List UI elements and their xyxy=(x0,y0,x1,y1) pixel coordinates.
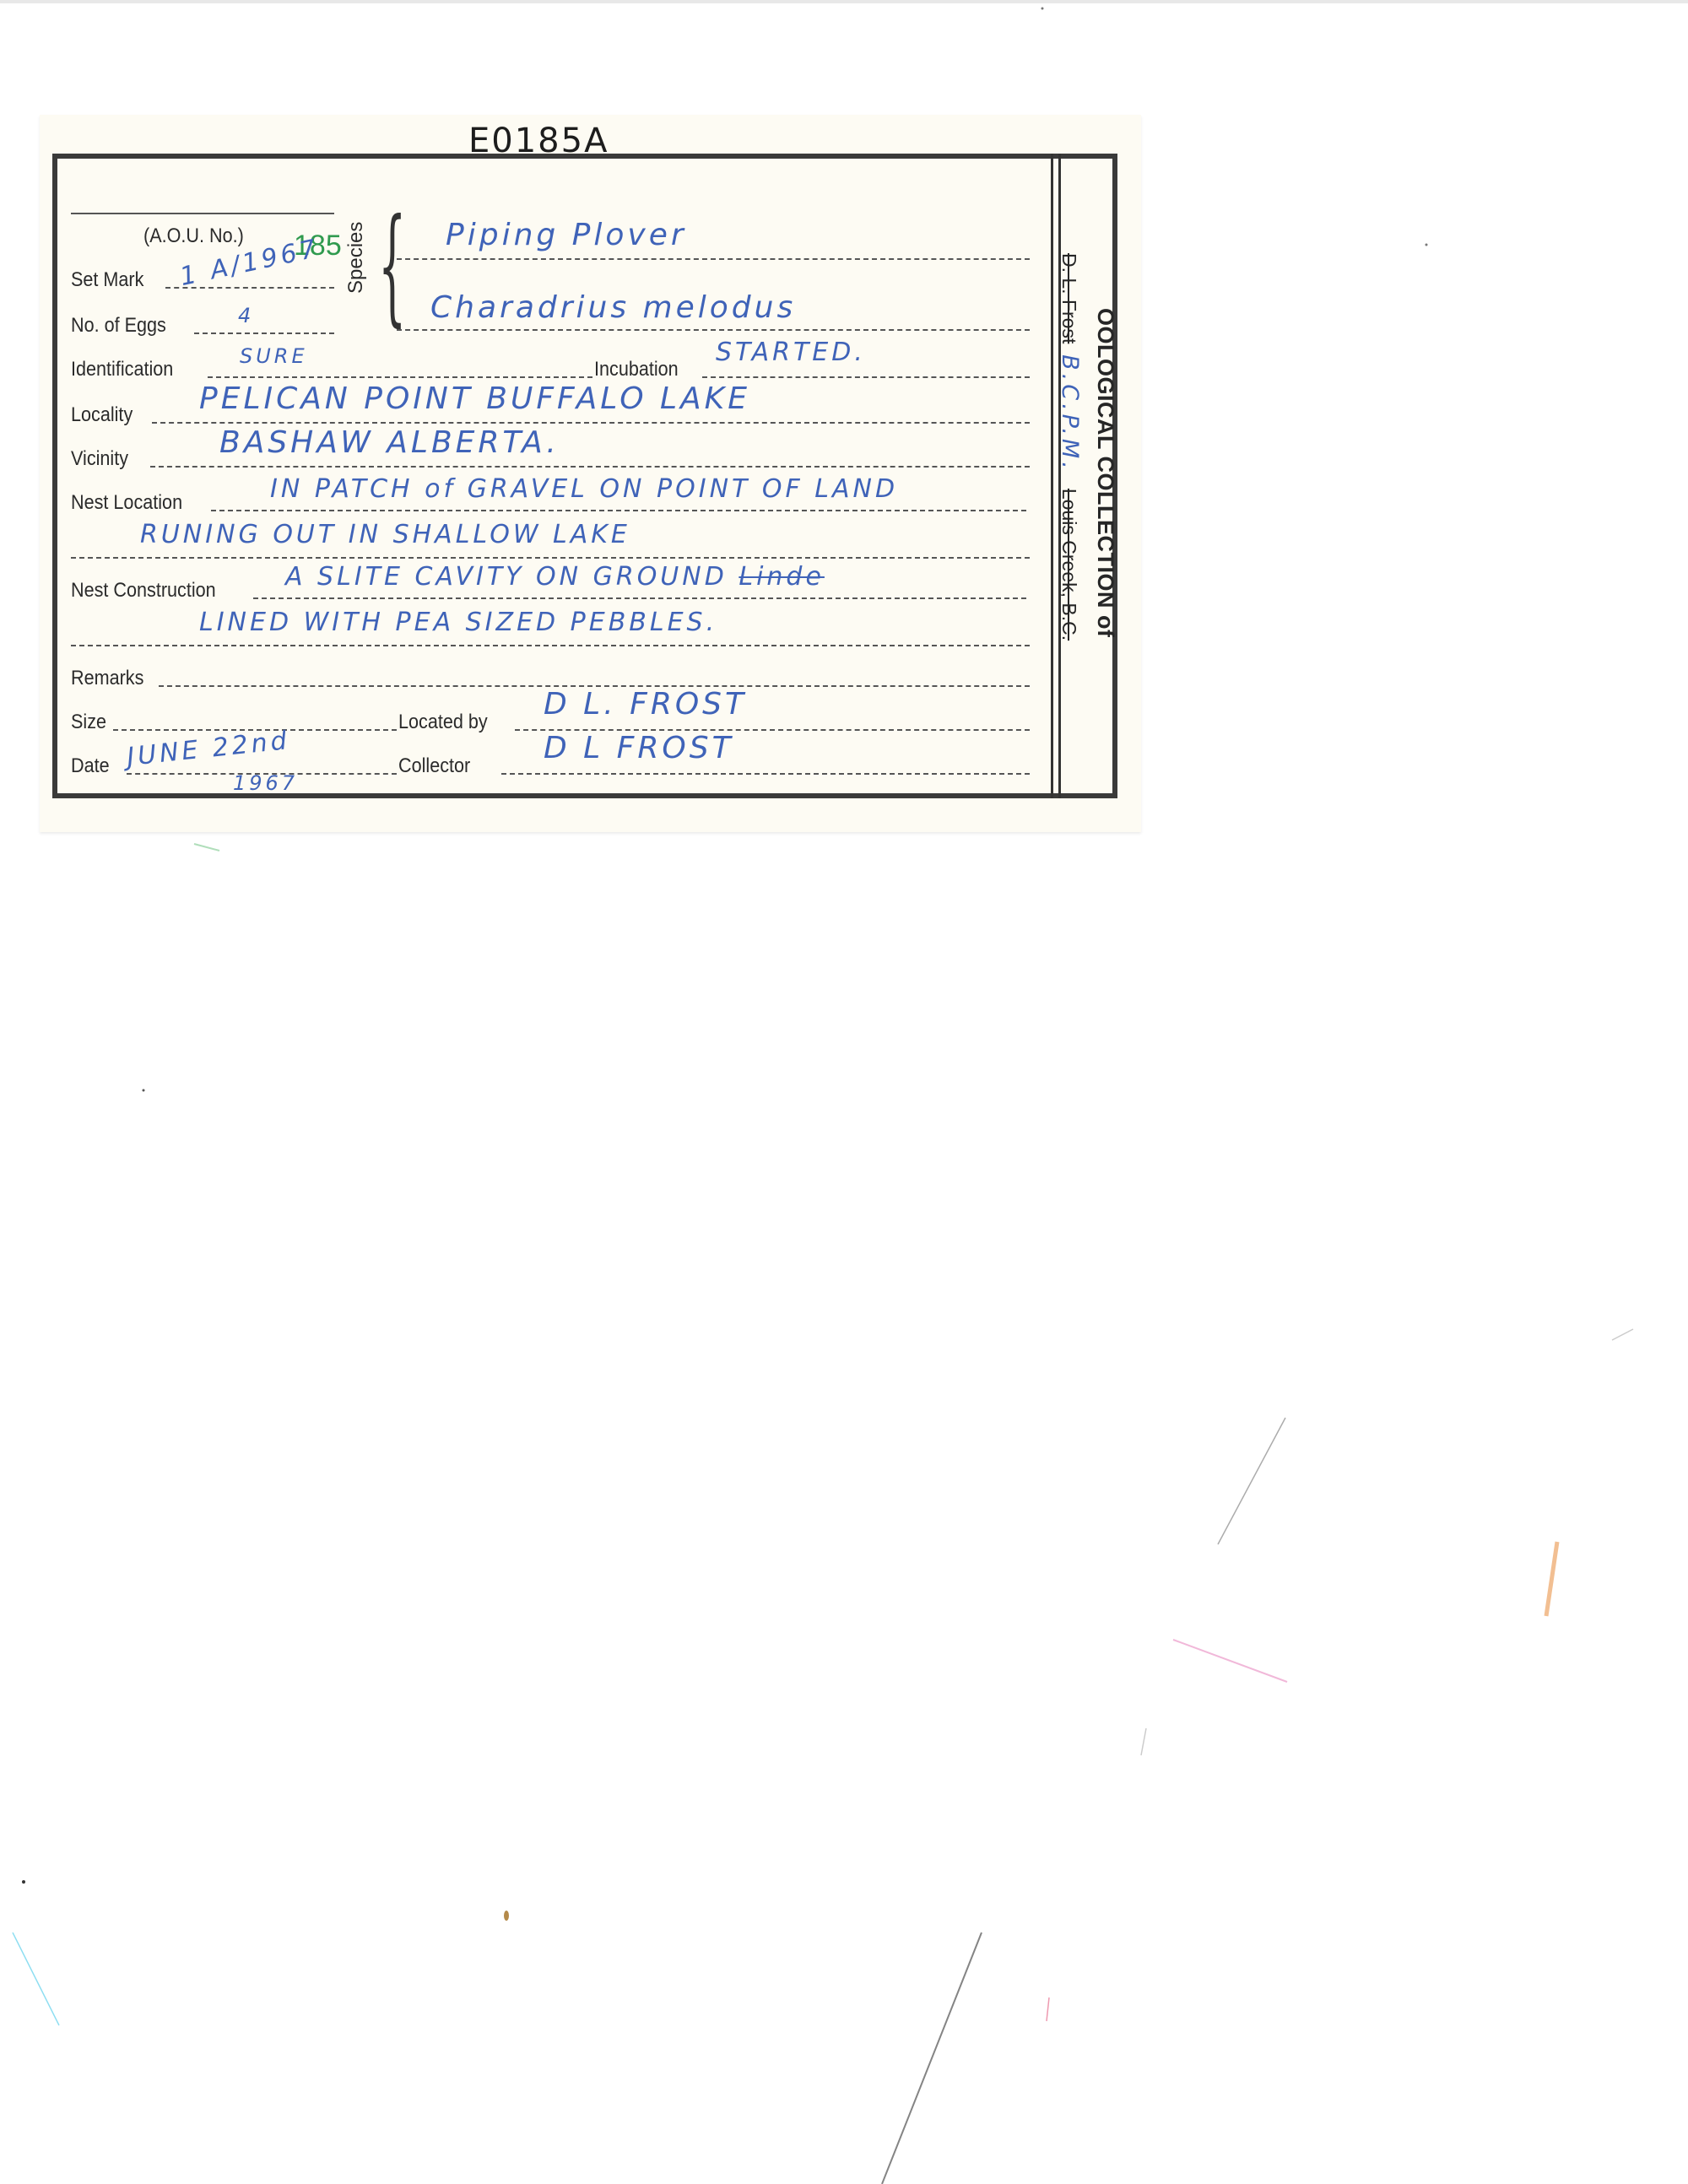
scan-artifacts xyxy=(0,0,1688,2184)
